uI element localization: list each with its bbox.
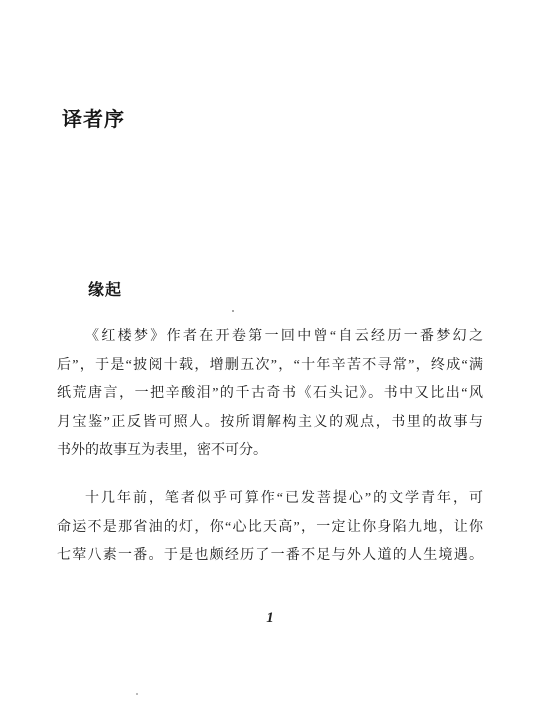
text-line: 十几年前，笔者似乎可算作“已发菩提心”的文学青年，可 [57,485,483,514]
text-line: 后”，于是“披阅十载，增删五次”，“十年辛苦不寻常”，终成“满 [57,352,483,381]
text-line: 七荤八素一番。于是也颇经历了一番不足与外人道的人生境遇。 [57,542,483,571]
section-heading: 缘起 [88,277,122,300]
text-line: 书外的故事互为表里，密不可分。 [57,437,483,466]
book-page: 译者序 缘起 《红楼梦》作者在开卷第一回中曾“自云经历一番梦幻之 后”，于是“披… [0,0,540,708]
scan-speck [232,310,234,312]
text-line: 命运不是那省油的灯，你“心比天高”，一定让你身陷九地，让你 [57,514,483,543]
text-line: 纸荒唐言，一把辛酸泪”的千古奇书《石头记》。书中又比出“风 [57,380,483,409]
text-line: 《红楼梦》作者在开卷第一回中曾“自云经历一番梦幻之 [57,323,483,352]
text-line: 月宝鉴”正反皆可照人。按所谓解构主义的观点，书里的故事与 [57,409,483,438]
paragraph-1: 《红楼梦》作者在开卷第一回中曾“自云经历一番梦幻之 后”，于是“披阅十载，增删五… [57,323,483,466]
chapter-title: 译者序 [62,103,125,132]
scan-speck [136,693,138,695]
paragraph-2: 十几年前，笔者似乎可算作“已发菩提心”的文学青年，可 命运不是那省油的灯，你“心… [57,485,483,571]
page-number: 1 [240,610,300,627]
